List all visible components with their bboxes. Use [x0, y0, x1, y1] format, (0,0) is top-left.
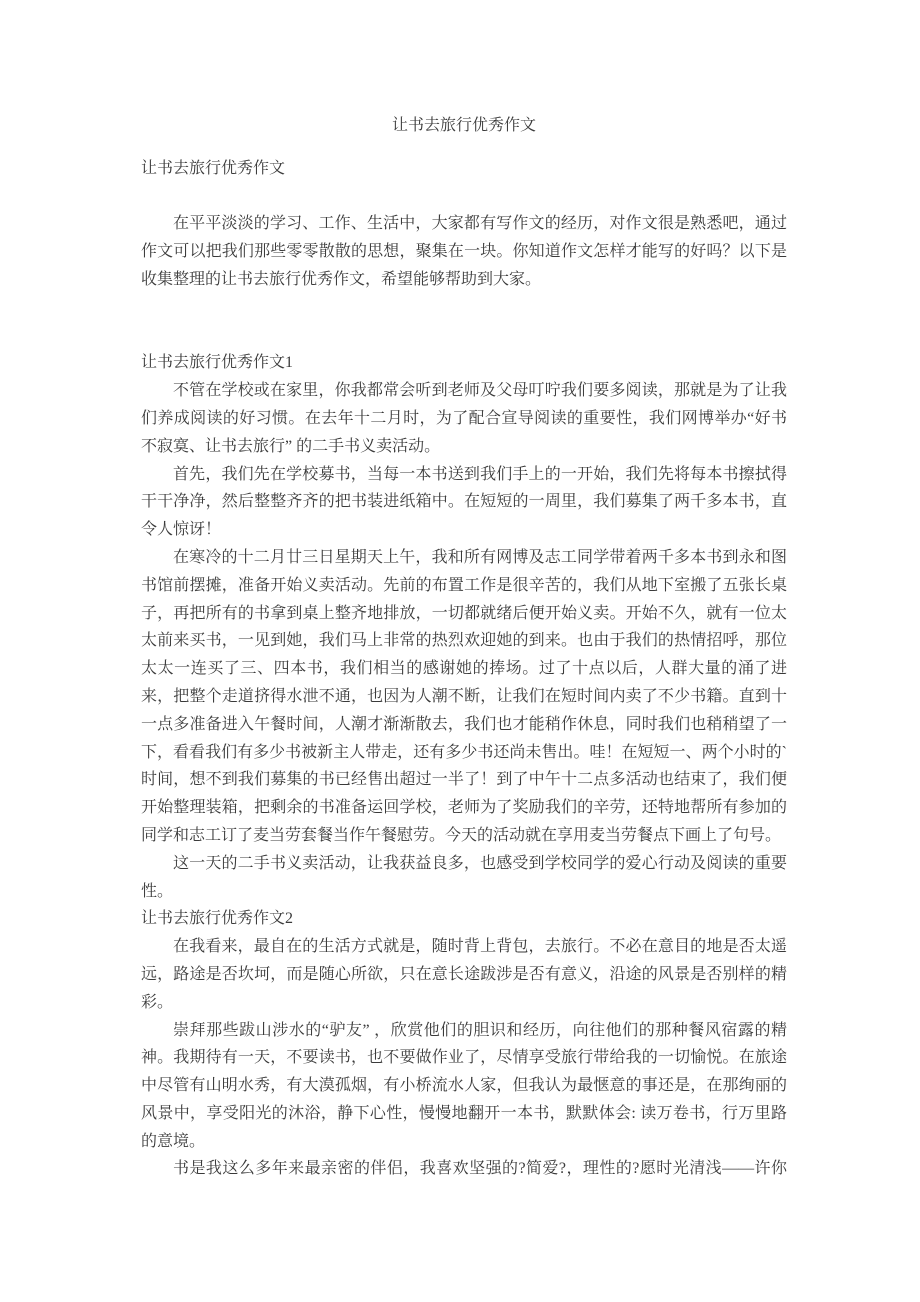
document-subtitle: 让书去旅行优秀作文 [141, 155, 787, 183]
section-1-paragraph: 在寒冷的十二月廿三日星期天上午，我和所有网博及志工同学带着两千多本书到永和图书馆… [141, 544, 787, 850]
section-2-paragraph: 在我看来，最自在的生活方式就是，随时背上背包，去旅行。不必在意目的地是否太遥远，… [141, 933, 787, 1016]
section-1-paragraph: 首先，我们先在学校募书，当每一本书送到我们手上的一开始，我们先将每本书擦拭得干干… [141, 461, 787, 544]
section-1-paragraph: 这一天的二手书义卖活动，让我获益良多，也感受到学校同学的爱心行动及阅读的重要性。 [141, 850, 787, 906]
section-1-heading: 让书去旅行优秀作文1 [141, 349, 787, 377]
section-2-paragraph-truncated: 书是我这么多年来最亲密的伴侣，我喜欢坚强的?简爱?，理性的?愿时光清浅——许你 [141, 1155, 787, 1183]
section-2-paragraph: 崇拜那些跋山涉水的“驴友” ，欣赏他们的胆识和经历，向往他们的那种餐风宿露的精神… [141, 1017, 787, 1156]
spacer [141, 183, 787, 211]
document-title: 让书去旅行优秀作文 [141, 112, 787, 140]
intro-paragraph: 在平平淡淡的学习、工作、生活中，大家都有写作文的经历，对作文很是熟悉吧，通过作文… [141, 210, 787, 293]
document-page: 让书去旅行优秀作文 让书去旅行优秀作文 在平平淡淡的学习、工作、生活中，大家都有… [0, 0, 920, 1302]
spacer [141, 294, 787, 350]
section-1-paragraph: 不管在学校或在家里，你我都常会听到老师及父母叮咛我们要多阅读，那就是为了让我们养… [141, 377, 787, 460]
section-2-heading: 让书去旅行优秀作文2 [141, 905, 787, 933]
